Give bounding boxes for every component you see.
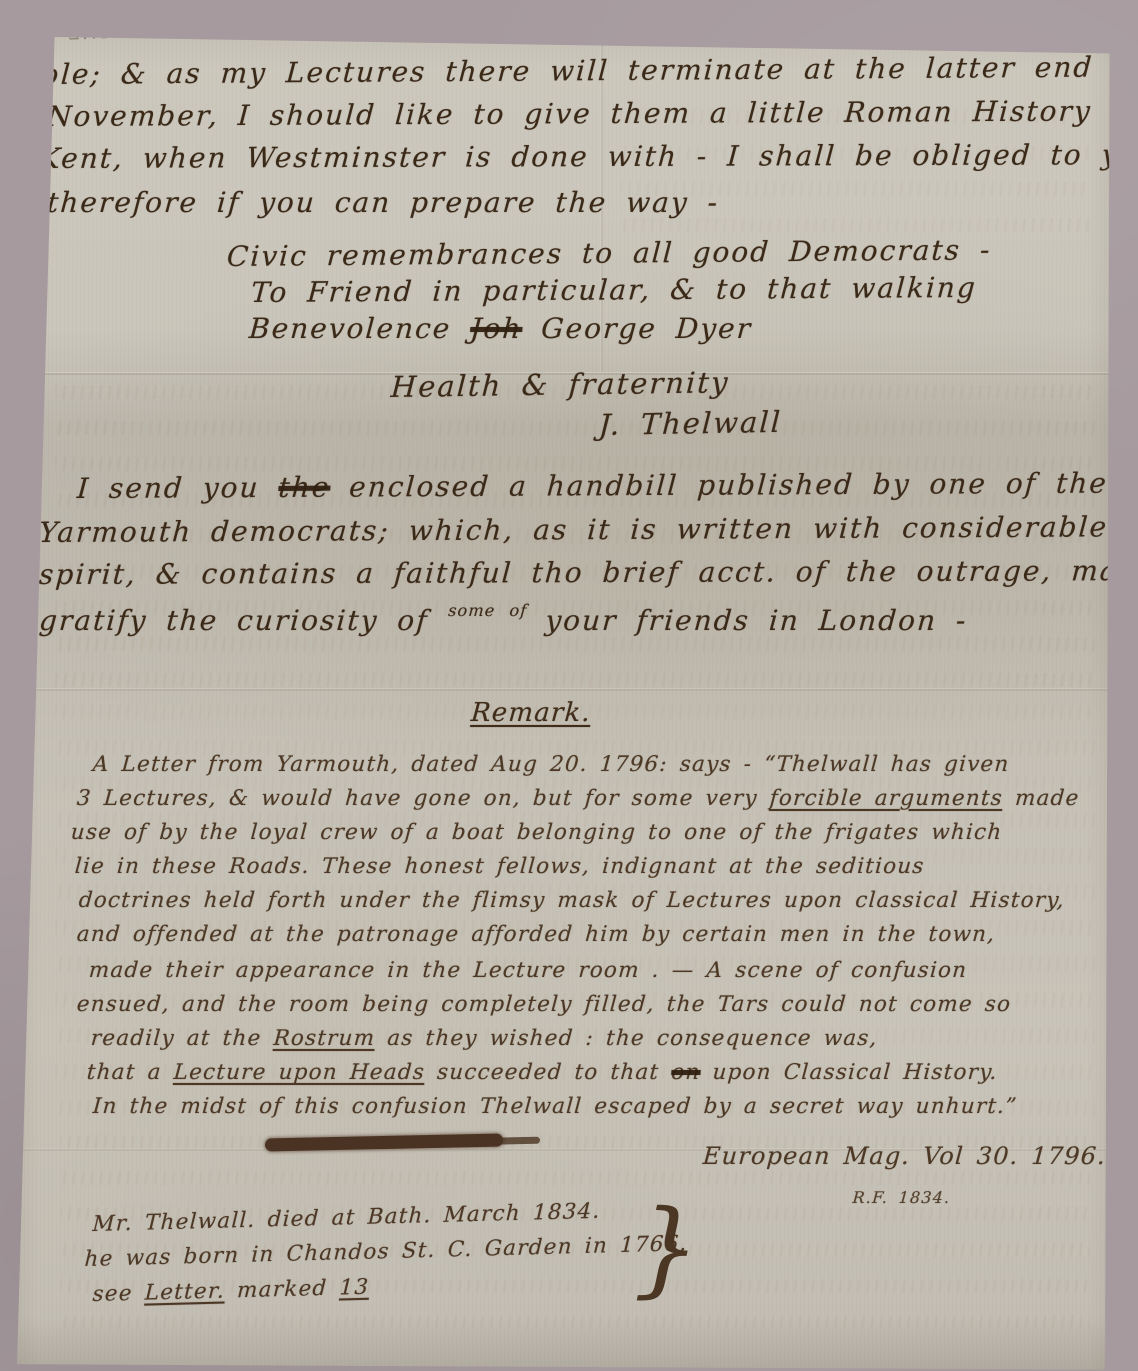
photograph-background: N:2 } ble; & as my Lectures there will t… — [0, 0, 1138, 1371]
opening-line-1: ble; & as my Lectures there will termina… — [40, 50, 1138, 91]
remark-line-7: made their appearance in the Lecture roo… — [88, 958, 968, 983]
handbill-line-1: I send you the enclosed a handbill publi… — [76, 467, 1109, 505]
text-segment: I send you — [76, 471, 280, 505]
remark-line-2: 3 Lectures, & would have gone on, but fo… — [76, 786, 1080, 811]
text-segment: your friends in London - — [525, 604, 968, 637]
bottom-note-2: he was born in Chandos St. C. Garden in … — [84, 1231, 688, 1272]
remark-line-1: A Letter from Yarmouth, dated Aug 20. 17… — [92, 752, 1010, 777]
text-segment: Kent, when Westminster is done with - I … — [38, 138, 1138, 175]
text-segment: readily at the — [90, 1026, 274, 1051]
remark-heading: Remark. — [470, 698, 592, 728]
text-segment: enclosed a handbill published by one of … — [329, 467, 1109, 504]
text-segment: R.F. 1834. — [852, 1188, 951, 1207]
text-segment-u: 13 — [339, 1275, 370, 1301]
text-segment: Benevolence — [248, 312, 471, 345]
letter-paper: N:2 } ble; & as my Lectures there will t… — [0, 0, 1138, 1371]
remark-line-5: doctrines held forth under the flimsy ma… — [78, 888, 1066, 913]
text-segment-u: Remark. — [470, 698, 592, 728]
text-segment: J. Thelwall — [598, 405, 783, 442]
text-segment-u: Rostrum — [273, 1026, 376, 1051]
remark-line-6: and offended at the patronage afforded h… — [76, 922, 996, 947]
text-segment: gratify the curiosity of — [38, 604, 449, 637]
text-segment-st: the — [277, 471, 331, 504]
text-segment: lie in these Roads. These honest fellows… — [74, 854, 925, 879]
handbill-line-3: spirit, & contains a faithful tho brief … — [38, 554, 1138, 591]
text-segment: Civic remembrances to all good Democrats… — [226, 233, 993, 273]
text-segment: made their appearance in the Lecture roo… — [88, 958, 968, 983]
text-segment-u: forcible arguments — [769, 786, 1004, 811]
remark-line-4: lie in these Roads. These honest fellows… — [74, 854, 925, 879]
remark-line-10: that a Lecture upon Heads succeeded to t… — [86, 1060, 999, 1085]
text-segment: ble; & as my Lectures there will termina… — [40, 50, 1138, 91]
text-segment: therefore if you can prepare the way - — [46, 186, 720, 219]
text-segment-u: Lecture upon Heads — [173, 1060, 426, 1085]
text-segment: succeeded to that — [424, 1060, 672, 1085]
text-segment: and offended at the patronage afforded h… — [76, 922, 996, 947]
bottom-note-1: Mr. Thelwall. died at Bath. March 1834. — [92, 1199, 601, 1237]
citation: European Mag. Vol 30. 1796. — [702, 1142, 1107, 1170]
valediction: Health & fraternity — [390, 365, 730, 404]
text-segment: 3 Lectures, & would have gone on, but fo… — [76, 786, 771, 811]
annotator-initials: R.F. 1834. — [852, 1188, 951, 1207]
remark-line-9: readily at the Rostrum as they wished : … — [90, 1026, 878, 1051]
text-segment: spirit, & contains a faithful tho brief … — [38, 554, 1138, 591]
handbill-line-4: gratify the curiosity of some of your fr… — [38, 604, 969, 637]
text-segment-st: on — [670, 1060, 701, 1085]
civic-line-1: Civic remembrances to all good Democrats… — [226, 233, 993, 273]
text-segment-sup: some of — [448, 601, 528, 620]
text-segment: see — [92, 1281, 145, 1307]
text-segment: doctrines held forth under the flimsy ma… — [78, 888, 1066, 913]
bottom-note-3: see Letter. marked 13 — [92, 1275, 370, 1307]
text-segment: ensued, and the room being completely fi… — [76, 992, 1012, 1017]
civic-line-3: Benevolence Joh George Dyer — [248, 312, 753, 345]
text-segment: made — [1002, 786, 1080, 811]
text-segment: he was born in Chandos St. C. Garden in … — [84, 1231, 688, 1272]
text-segment: Yarmouth democrats; which, as it is writ… — [38, 510, 1109, 549]
remark-line-8: ensued, and the room being completely fi… — [76, 992, 1012, 1017]
handbill-line-2: Yarmouth democrats; which, as it is writ… — [38, 510, 1109, 549]
opening-line-3: Kent, when Westminster is done with - I … — [38, 138, 1138, 175]
text-segment: November, I should like to give them a l… — [46, 94, 1138, 133]
text-segment-u: Letter. — [144, 1279, 225, 1306]
signature: J. Thelwall — [598, 405, 783, 442]
docket-number-mark: N:2 — [64, 19, 107, 44]
remark-line-3: use of by the loyal crew of a boat belon… — [70, 820, 1003, 845]
text-segment-st: Joh — [469, 312, 523, 345]
text-segment: To Friend in particular, & to that walki… — [250, 271, 978, 309]
text-segment: George Dyer — [521, 312, 753, 345]
opening-line-4: therefore if you can prepare the way - — [46, 186, 720, 219]
text-segment: Health & fraternity — [390, 365, 730, 404]
text-segment: upon Classical History. — [700, 1060, 999, 1085]
text-segment: that a — [86, 1060, 175, 1085]
text-segment: as they wished : the consequence was, — [374, 1026, 878, 1051]
opening-line-2: November, I should like to give them a l… — [46, 94, 1138, 133]
text-segment: use of by the loyal crew of a boat belon… — [70, 820, 1003, 845]
text-segment: European Mag. Vol 30. 1796. — [702, 1142, 1107, 1170]
text-segment: marked — [224, 1276, 340, 1304]
text-segment: A Letter from Yarmouth, dated Aug 20. 17… — [92, 752, 1010, 777]
civic-line-2: To Friend in particular, & to that walki… — [250, 271, 978, 309]
remark-line-11: In the midst of this confusion Thelwall … — [92, 1094, 1018, 1119]
text-segment: Mr. Thelwall. died at Bath. March 1834. — [92, 1199, 601, 1237]
text-segment: In the midst of this confusion Thelwall … — [92, 1094, 1018, 1119]
fold-crease-horizontal-2 — [0, 688, 1138, 691]
